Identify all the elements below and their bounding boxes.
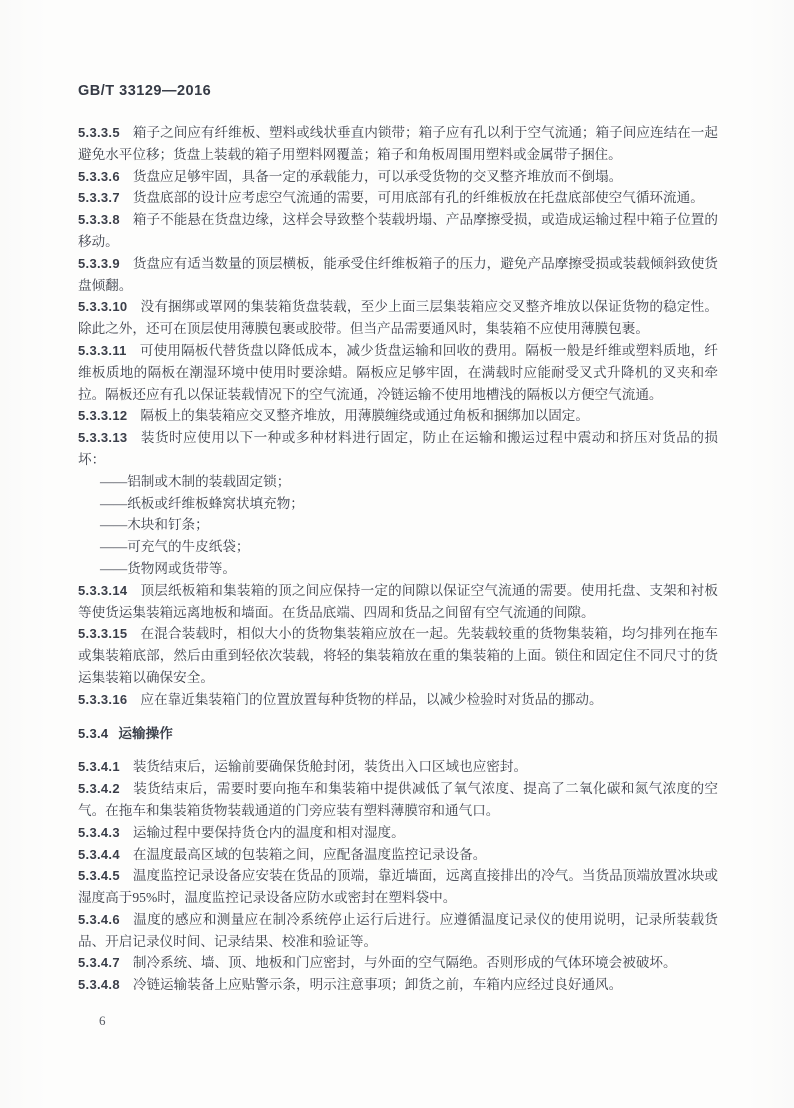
clause-text: 货盘底部的设计应考虑空气流通的需要，可用底部有孔的纤维板放在托盘底部使空气循环流… xyxy=(133,190,704,205)
clause-text: 货盘应有适当数量的顶层横板，能承受住纤维板箱子的压力，避免产品摩擦受损或装载倾斜… xyxy=(78,256,718,293)
clause-number: 5.3.4.8 xyxy=(78,977,120,992)
clause-text: 运输过程中要保持货仓内的温度和相对湿度。 xyxy=(133,825,405,840)
clause-text: 制冷系统、墙、顶、地板和门应密封，与外面的空气隔绝。否则形成的气体环境会被破坏。 xyxy=(133,955,677,970)
clause-number: 5.3.3.11 xyxy=(78,343,127,358)
list-item: ——纸板或纤维板蜂窝状填充物； xyxy=(78,493,718,515)
clause-5.3.3.14: 5.3.3.14顶层纸板箱和集装箱的顶之间应保持一定的间隙以保证空气流通的需要。… xyxy=(78,580,718,624)
clause-text: 没有捆绑或罩网的集装箱货盘装载，至少上面三层集装箱应交叉整齐堆放以保证货物的稳定… xyxy=(78,299,718,336)
section-heading-5.3.4: 5.3.4运输操作 xyxy=(78,723,718,745)
clause-number: 5.3.4.2 xyxy=(78,781,120,796)
clause-number: 5.3.3.9 xyxy=(78,256,120,271)
document-body: 5.3.3.5箱子之间应有纤维板、塑料或线状垂直内锁带；箱子应有孔以利于空气流通… xyxy=(78,122,718,996)
clause-text: 隔板上的集装箱应交叉整齐堆放，用薄膜缠绕或通过角板和捆绑加以固定。 xyxy=(140,408,589,423)
clause-5.3.3.8: 5.3.3.8箱子不能悬在货盘边缘，这样会导致整个装载坍塌、产品摩擦受损，或造成… xyxy=(78,209,718,253)
list-item: ——铝制或木制的装载固定锁； xyxy=(78,471,718,493)
clause-number: 5.3.3.12 xyxy=(78,408,127,423)
clause-5.3.4.7: 5.3.4.7制冷系统、墙、顶、地板和门应密封，与外面的空气隔绝。否则形成的气体… xyxy=(78,952,718,974)
clause-5.3.4.1: 5.3.4.1装货结束后，运输前要确保货舱封闭，装货出入口区域也应密封。 xyxy=(78,756,718,778)
clause-5.3.4.3: 5.3.4.3运输过程中要保持货仓内的温度和相对湿度。 xyxy=(78,822,718,844)
document-page: GB/T 33129—2016 5.3.3.5箱子之间应有纤维板、塑料或线状垂直… xyxy=(0,0,794,1108)
clause-text: 装货结束后，需要时要向拖车和集装箱中提供减低了氧气浓度、提高了二氧化碳和氮气浓度… xyxy=(78,781,718,818)
doc-code-header: GB/T 33129—2016 xyxy=(78,83,718,99)
clause-5.3.3.6: 5.3.3.6货盘应足够牢固，具备一定的承载能力，可以承受货物的交叉整齐堆放而不… xyxy=(78,166,718,188)
clause-text: 应在靠近集装箱门的位置放置每种货物的样品，以减少检验时对货品的挪动。 xyxy=(140,692,602,707)
clause-5.3.4.2: 5.3.4.2装货结束后，需要时要向拖车和集装箱中提供减低了氧气浓度、提高了二氧… xyxy=(78,778,718,822)
clause-5.3.3.16: 5.3.3.16应在靠近集装箱门的位置放置每种货物的样品，以减少检验时对货品的挪… xyxy=(78,689,718,711)
clause-number: 5.3.3.14 xyxy=(78,583,127,598)
section-number: 5.3.4 xyxy=(78,726,108,741)
clause-5.3.4.8: 5.3.4.8冷链运输装备上应贴警示条，明示注意事项；卸货之前，车箱内应经过良好… xyxy=(78,974,718,996)
list-item: ——货物网或货带等。 xyxy=(78,558,718,580)
clause-5.3.3.11: 5.3.3.11可使用隔板代替货盘以降低成本，减少货盘运输和回收的费用。隔板一般… xyxy=(78,340,718,405)
clause-number: 5.3.3.5 xyxy=(78,125,120,140)
section-title: 运输操作 xyxy=(118,726,172,741)
clause-number: 5.3.3.10 xyxy=(78,299,127,314)
clause-number: 5.3.3.16 xyxy=(78,692,127,707)
clause-5.3.4.4: 5.3.4.4在温度最高区域的包装箱之间，应配备温度监控记录设备。 xyxy=(78,844,718,866)
clause-text: 顶层纸板箱和集装箱的顶之间应保持一定的间隙以保证空气流通的需要。使用托盘、支架和… xyxy=(78,583,718,620)
clause-5.3.3.10: 5.3.3.10没有捆绑或罩网的集装箱货盘装载，至少上面三层集装箱应交叉整齐堆放… xyxy=(78,296,718,340)
clause-text: 箱子不能悬在货盘边缘，这样会导致整个装载坍塌、产品摩擦受损，或造成运输过程中箱子… xyxy=(78,212,718,249)
list-item: ——可充气的牛皮纸袋； xyxy=(78,536,718,558)
clause-number: 5.3.4.6 xyxy=(78,912,120,927)
clause-number: 5.3.4.1 xyxy=(78,759,120,774)
clause-number: 5.3.3.6 xyxy=(78,169,120,184)
clause-5.3.3.9: 5.3.3.9货盘应有适当数量的顶层横板，能承受住纤维板箱子的压力，避免产品摩擦… xyxy=(78,253,718,297)
clause-text: 箱子之间应有纤维板、塑料或线状垂直内锁带；箱子应有孔以利于空气流通；箱子间应连结… xyxy=(78,125,718,162)
clause-number: 5.3.3.8 xyxy=(78,212,120,227)
clause-text: 冷链运输装备上应贴警示条，明示注意事项；卸货之前，车箱内应经过良好通风。 xyxy=(133,977,622,992)
list-item: ——木块和钉条； xyxy=(78,514,718,536)
clause-number: 5.3.4.5 xyxy=(78,868,120,883)
page-number: 6 xyxy=(99,1013,106,1029)
clause-text: 装货结束后，运输前要确保货舱封闭，装货出入口区域也应密封。 xyxy=(133,759,527,774)
clause-text: 货盘应足够牢固，具备一定的承载能力，可以承受货物的交叉整齐堆放而不倒塌。 xyxy=(133,169,622,184)
clause-text: 温度监控记录设备应安装在货品的顶端，靠近墙面，远离直接排出的冷气。当货品顶端放置… xyxy=(78,868,718,905)
clause-5.3.3.7: 5.3.3.7货盘底部的设计应考虑空气流通的需要，可用底部有孔的纤维板放在托盘底… xyxy=(78,187,718,209)
clause-text: 温度的感应和测量应在制冷系统停止运行后进行。应遵循温度记录仪的使用说明，记录所装… xyxy=(78,912,718,949)
clause-number: 5.3.4.4 xyxy=(78,847,120,862)
clause-5.3.3.5: 5.3.3.5箱子之间应有纤维板、塑料或线状垂直内锁带；箱子应有孔以利于空气流通… xyxy=(78,122,718,166)
clause-number: 5.3.4.7 xyxy=(78,955,120,970)
clause-number: 5.3.3.15 xyxy=(78,626,127,641)
clause-number: 5.3.4.3 xyxy=(78,825,120,840)
clause-5.3.4.6: 5.3.4.6温度的感应和测量应在制冷系统停止运行后进行。应遵循温度记录仪的使用… xyxy=(78,909,718,953)
clause-5.3.4.5: 5.3.4.5温度监控记录设备应安装在货品的顶端，靠近墙面，远离直接排出的冷气。… xyxy=(78,865,718,909)
clause-number: 5.3.3.13 xyxy=(78,430,127,445)
clause-5.3.3.15: 5.3.3.15在混合装载时，相似大小的货物集装箱应放在一起。先装载较重的货物集… xyxy=(78,623,718,688)
clause-text: 在温度最高区域的包装箱之间，应配备温度监控记录设备。 xyxy=(133,847,486,862)
clause-number: 5.3.3.7 xyxy=(78,190,120,205)
clause-text: 在混合装载时，相似大小的货物集装箱应放在一起。先装载较重的货物集装箱，均匀排列在… xyxy=(78,626,718,685)
clause-5.3.3.12: 5.3.3.12隔板上的集装箱应交叉整齐堆放，用薄膜缠绕或通过角板和捆绑加以固定… xyxy=(78,405,718,427)
clause-5.3.3.13: 5.3.3.13装货时应使用以下一种或多种材料进行固定，防止在运输和搬运过程中震… xyxy=(78,427,718,471)
clause-text: 可使用隔板代替货盘以降低成本，减少货盘运输和回收的费用。隔板一般是纤维或塑料质地… xyxy=(78,343,718,402)
clause-text: 装货时应使用以下一种或多种材料进行固定，防止在运输和搬运过程中震动和挤压对货品的… xyxy=(78,430,718,467)
